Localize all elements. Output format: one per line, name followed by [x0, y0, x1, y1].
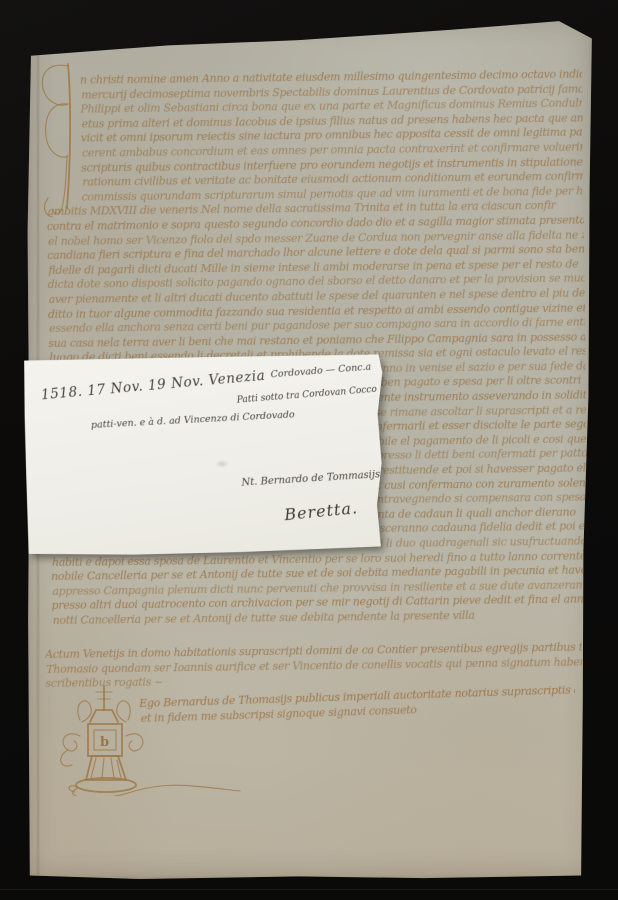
slip-notary-note: Nt. Bernardo de Tommasijs: [241, 469, 380, 488]
notary-mark-initial: b: [100, 735, 109, 750]
archivist-signature: Beretta.: [283, 498, 358, 524]
backdrop-table-edge: [0, 889, 618, 890]
archival-slip-paper: 1518. 17 Nov. 19 Nov. Venezia Cordovado …: [24, 354, 384, 555]
slip-subject-note: Patti sotto tra Cordovan Cocco: [236, 385, 377, 406]
photograph-of-notarial-parchment: { "document": { "kind": "16th-century no…: [0, 0, 618, 900]
slip-subject-note-2: patti-ven. e à d. ad Vincenzo di Cordova…: [91, 409, 295, 431]
archival-slip: 1518. 17 Nov. 19 Nov. Venezia Cordovado …: [24, 354, 384, 555]
slip-date-note: 1518. 17 Nov. 19 Nov. Venezia: [40, 368, 266, 404]
slip-smudge: [215, 460, 229, 468]
slip-place-note: Cordovado — Conc.a: [270, 362, 371, 381]
notarial-sign-icon: b: [34, 684, 246, 796]
